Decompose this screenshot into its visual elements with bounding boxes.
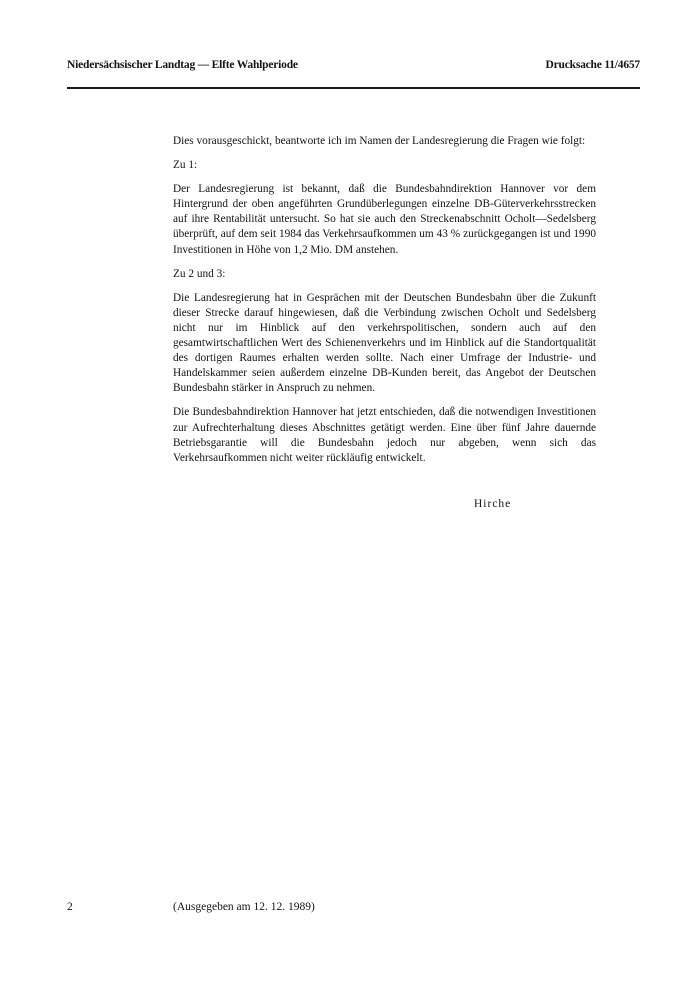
- section-2-3-paragraph-2: Die Bundesbahndirektion Hannover hat jet…: [173, 405, 596, 465]
- document-body: Dies vorausgeschickt, beantworte ich im …: [173, 134, 596, 475]
- section-1-paragraph-1: Der Landesregierung ist bekannt, daß die…: [173, 182, 596, 257]
- issue-date: (Ausgegeben am 12. 12. 1989): [173, 901, 315, 913]
- header-document-number: Drucksache 11/4657: [546, 59, 640, 71]
- page-header: Niedersächsischer Landtag — Elfte Wahlpe…: [67, 59, 640, 71]
- header-rule: [67, 87, 640, 89]
- section-label-1: Zu 1:: [173, 158, 596, 173]
- header-parliament-title: Niedersächsischer Landtag — Elfte Wahlpe…: [67, 59, 298, 71]
- section-label-2-3: Zu 2 und 3:: [173, 267, 596, 282]
- page-number: 2: [67, 901, 73, 913]
- signature: Hirche: [474, 498, 511, 510]
- section-2-3-paragraph-1: Die Landesregierung hat in Gesprächen mi…: [173, 291, 596, 397]
- intro-paragraph: Dies vorausgeschickt, beantworte ich im …: [173, 134, 596, 149]
